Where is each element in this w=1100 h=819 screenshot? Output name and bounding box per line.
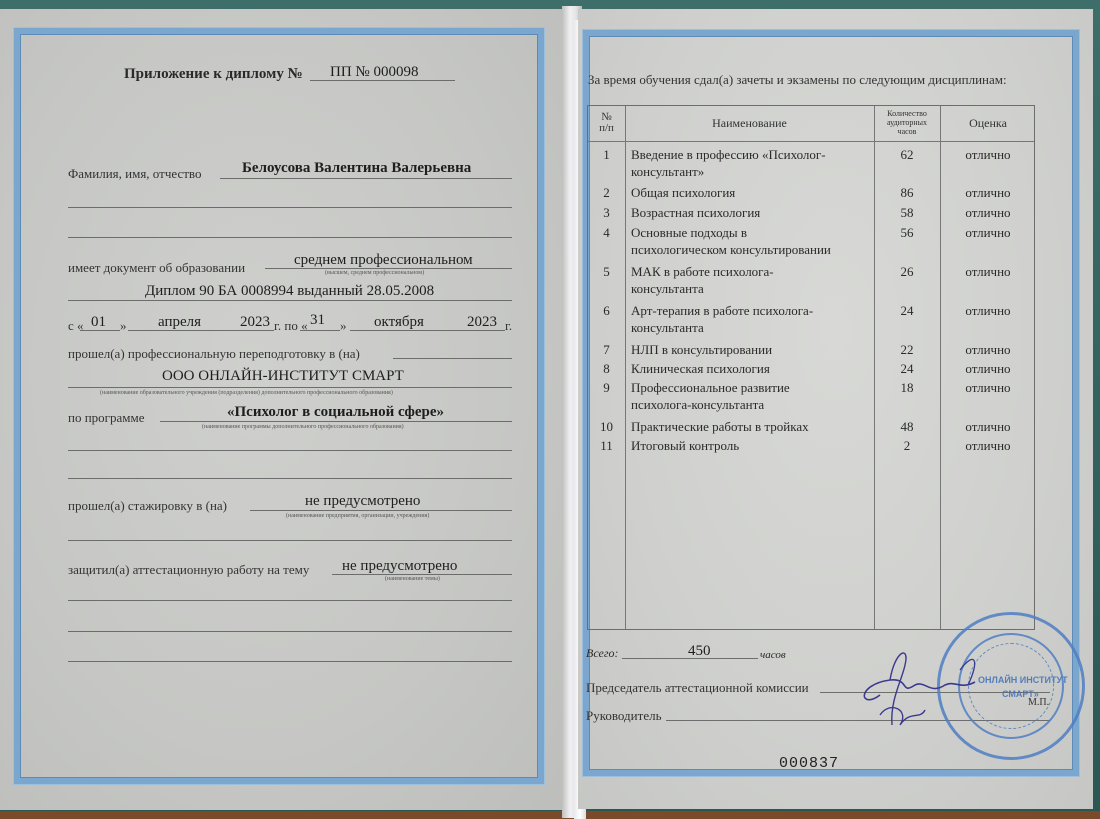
row-grade: отлично [940,379,1036,396]
fio-line [220,178,512,179]
row-hours: 2 [874,437,940,454]
column-divider [625,106,626,629]
row-hours: 62 [874,146,940,163]
row-discipline-name-cont: консультанта [631,319,871,336]
row-discipline-name: Профессиональное развитие [631,379,871,396]
thesis-value: не предусмотрено [342,558,457,575]
row-grade: отлично [940,360,1036,377]
row-discipline-name: Практические работы в тройках [631,418,871,435]
row-number: 1 [588,146,625,163]
internship-line [250,510,512,511]
period-to-year: 2023 [467,314,497,331]
header-grade: Оценка [940,116,1036,131]
row-number: 6 [588,302,625,319]
row-discipline-name: Клиническая психология [631,360,871,377]
wood-surface [0,811,1100,819]
row-discipline-name: Арт-терапия в работе психолога- [631,302,871,319]
institution-line [68,387,512,388]
disciplines-table: № п/п Наименование Количество аудиторных… [587,105,1035,630]
education-value: среднем профессиональном [294,252,473,269]
thesis-hint: (наименование темы) [385,576,440,582]
header-hours-line3: часов [874,127,940,136]
fio-value: Белоусова Валентина Валерьевна [242,160,471,177]
stamp-dashed-ring [968,643,1054,729]
blank-line [68,478,512,479]
retraining-line [393,358,512,359]
row-number: 4 [588,224,625,241]
period-line [300,330,340,331]
thesis-label: защитил(а) аттестационную работу на тему [68,562,309,578]
diploma-value: Диплом 90 БА 0008994 выданный 28.05.2008 [145,283,434,300]
period-line [80,330,120,331]
row-grade: отлично [940,263,1036,280]
header-hours: Количество аудиторных часов [874,109,940,136]
program-line [160,421,512,422]
internship-value: не предусмотрено [305,493,420,510]
row-hours: 24 [874,360,940,377]
header-number: № п/п [588,112,625,134]
row-hours: 22 [874,341,940,358]
row-discipline-name: Общая психология [631,184,871,201]
row-grade: отлично [940,302,1036,319]
row-number: 2 [588,184,625,201]
education-hint: (высшем, среднем профессиональном) [325,270,424,276]
header-number-line2: п/п [588,123,625,134]
row-discipline-name: Введение в профессию «Психолог- [631,146,871,163]
row-hours: 56 [874,224,940,241]
diploma-line [68,300,512,301]
row-hours: 26 [874,263,940,280]
education-line [265,268,512,269]
blank-line [68,600,512,601]
disciplines-intro: За время обучения сдал(а) зачеты и экзам… [588,72,1007,88]
row-grade: отлично [940,437,1036,454]
row-hours: 24 [874,302,940,319]
total-unit: часов [760,649,786,661]
period-quote: » [120,318,127,334]
row-number: 9 [588,379,625,396]
institution-value: ООО ОНЛАЙН-ИНСТИТУТ СМАРТ [162,368,404,385]
total-line [622,658,758,659]
period-from-day: 01 [91,314,106,331]
retraining-label: прошел(а) профессиональную переподготовк… [68,346,360,362]
institution-hint: (наименование образовательного учреждени… [100,390,393,396]
row-discipline-name-cont: консультант» [631,163,871,180]
serial-number: 000837 [779,755,839,772]
row-grade: отлично [940,341,1036,358]
director-label: Руководитель [586,708,662,724]
row-grade: отлично [940,224,1036,241]
row-number: 8 [588,360,625,377]
row-hours: 86 [874,184,940,201]
period-to-month: октября [374,314,424,331]
stamp-place-mark: М.П. [1028,697,1049,708]
row-hours: 18 [874,379,940,396]
education-label: имеет документ об образовании [68,260,245,276]
row-discipline-name: Основные подходы в [631,224,871,241]
internship-hint: (наименование предприятия, организации, … [286,513,429,519]
period-from-prefix: с « [68,318,84,334]
blank-line [68,450,512,451]
chairman-label: Председатель аттестационной комиссии [586,680,809,696]
thesis-line [332,574,512,575]
header-name: Наименование [625,116,874,131]
period-line [350,330,505,331]
appendix-title-label: Приложение к диплому № [124,66,303,83]
row-grade: отлично [940,204,1036,221]
header-divider [588,141,1034,142]
program-value: «Психолог в социальной сфере» [227,404,444,421]
period-from-year: 2023 [240,314,270,331]
row-number: 5 [588,263,625,280]
blank-line [68,237,512,238]
blank-line [68,661,512,662]
row-number: 7 [588,341,625,358]
row-grade: отлично [940,146,1036,163]
period-year-suffix: г. [505,318,512,334]
stamp-center-line1: ОНЛАЙН ИНСТИТУТ [978,675,1068,685]
row-discipline-name: НЛП в консультировании [631,341,871,358]
row-discipline-name: Итоговый контроль [631,437,871,454]
blank-line [68,207,512,208]
period-line [128,330,274,331]
row-discipline-name-cont: консультанта [631,280,871,297]
row-hours: 48 [874,418,940,435]
internship-label: прошел(а) стажировку в (на) [68,498,227,514]
row-discipline-name: МАК в работе психолога- [631,263,871,280]
header-hours-line1: Количество [874,109,940,118]
program-label: по программе [68,410,145,426]
row-grade: отлично [940,418,1036,435]
blank-line [68,631,512,632]
row-discipline-name-cont: психологическом консультировании [631,241,871,258]
row-grade: отлично [940,184,1036,201]
row-discipline-name-cont: психолога-консультанта [631,396,871,413]
total-label: Всего: [586,646,619,661]
row-hours: 58 [874,204,940,221]
appendix-number: ПП № 000098 [330,64,418,81]
row-number: 10 [588,418,625,435]
period-from-month: апреля [158,314,201,331]
signature-scribble [850,640,980,740]
row-discipline-name: Возрастная психология [631,204,871,221]
period-to-prefix: г. по « [274,318,308,334]
program-hint: (наименование программы дополнительного … [202,424,404,430]
row-number: 11 [588,437,625,454]
period-quote: » [340,318,347,334]
row-number: 3 [588,204,625,221]
period-to-day: 31 [310,312,325,329]
blank-line [68,540,512,541]
appendix-number-line [310,80,455,81]
fio-label: Фамилия, имя, отчество [68,166,201,182]
header-hours-line2: аудиторных [874,118,940,127]
